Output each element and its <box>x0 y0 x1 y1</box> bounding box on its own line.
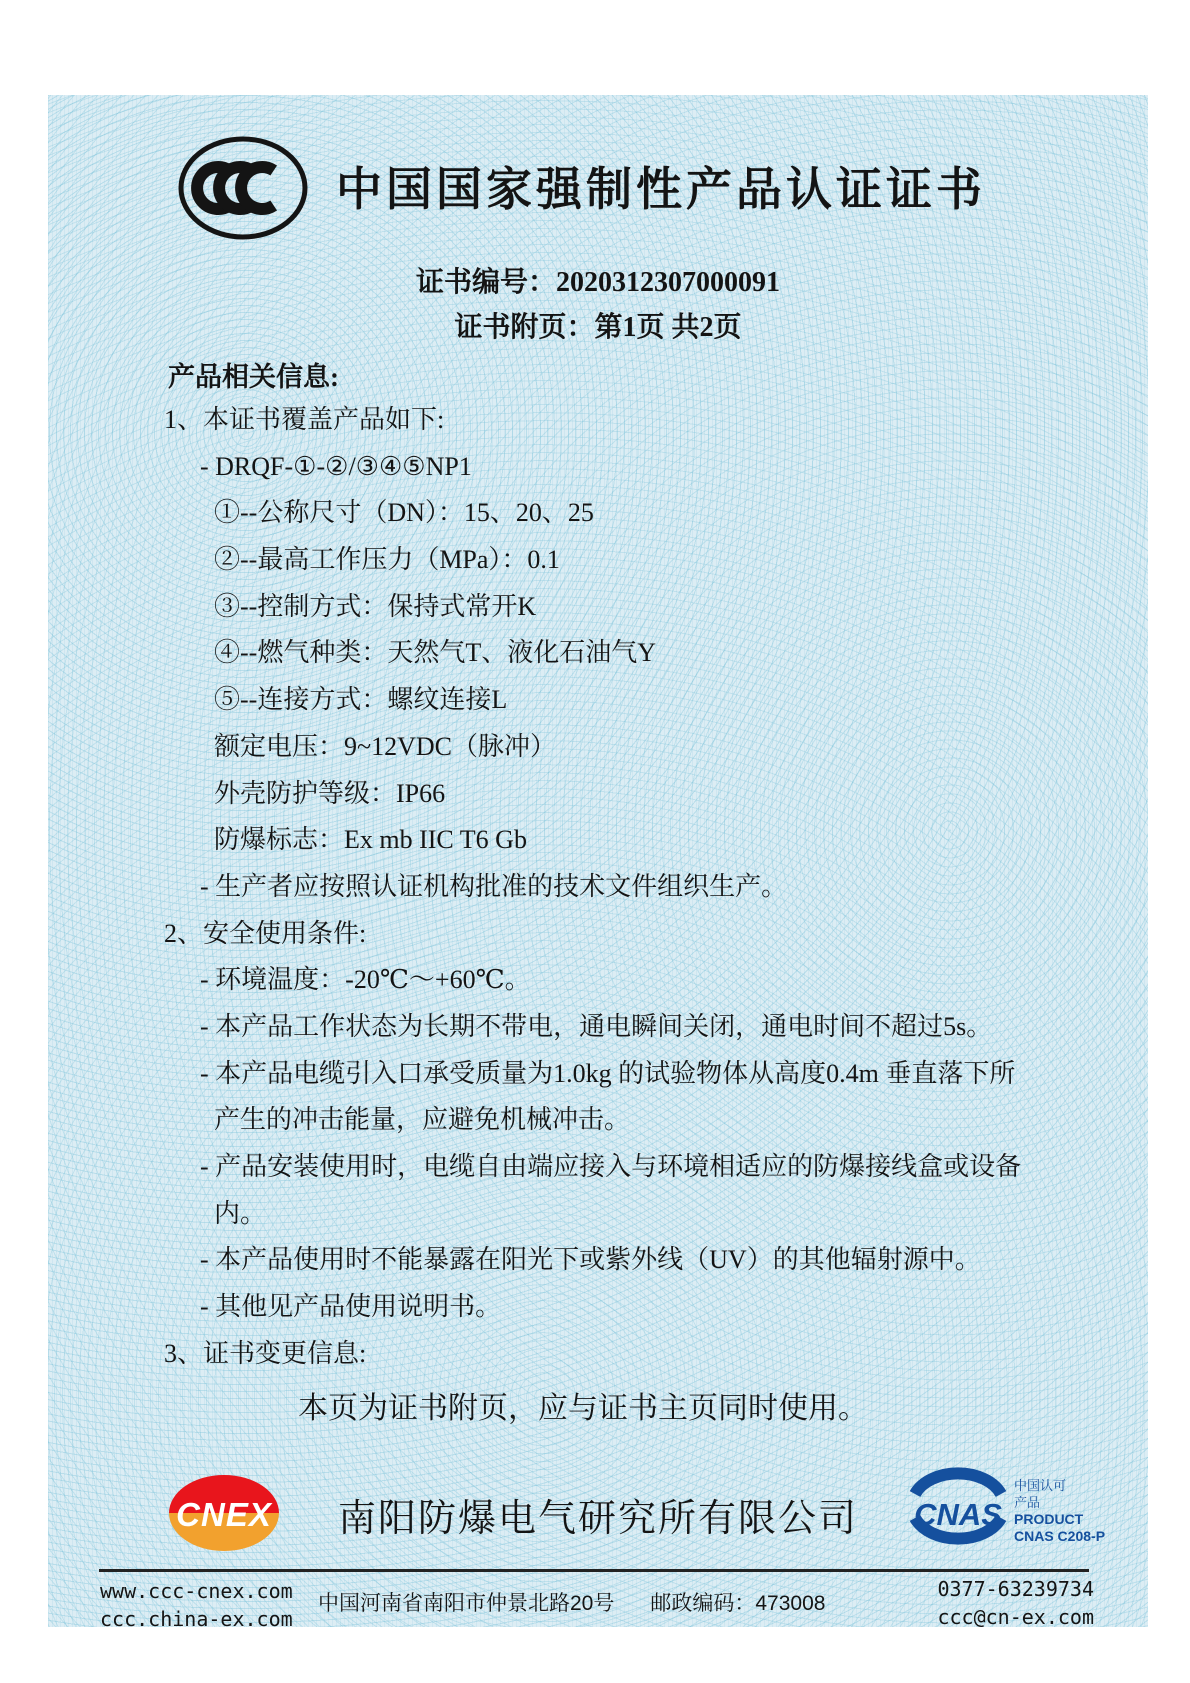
body-lines: 1、本证书覆盖产品如下:- DRQF-①-②/③④⑤NP1①--公称尺寸（DN）… <box>48 397 1148 1377</box>
body-line: - 产品安装使用时，电缆自由端应接入与环境相适应的防爆接线盒或设备 <box>48 1144 1148 1191</box>
ccc-logo-icon <box>176 135 310 241</box>
body-line: ⑤--连接方式：螺纹连接L <box>48 677 1148 724</box>
body-line: 内。 <box>48 1191 1148 1238</box>
certificate-title: 中国国家强制性产品认证证书 <box>336 153 1056 219</box>
footer-phone: 0377-63239734 <box>48 1575 1094 1603</box>
company-name: 南阳防爆电气研究所有限公司 <box>338 1487 858 1542</box>
svg-text:CNAS: CNAS <box>914 1497 1002 1532</box>
cnas-caption-line: 中国认可 <box>1014 1477 1105 1494</box>
body-line: - 其他见产品使用说明书。 <box>48 1284 1148 1331</box>
cnas-caption-line: CNAS C208-P <box>1014 1528 1105 1545</box>
body-line: 防爆标志：Ex mb IIC T6 Gb <box>48 817 1148 864</box>
body-line: - 本产品使用时不能暴露在阳光下或紫外线（UV）的其他辐射源中。 <box>48 1237 1148 1284</box>
certificate-body: 中国国家强制性产品认证证书 证书编号：2020312307000091 证书附页… <box>48 95 1148 1627</box>
cnas-logo-icon: CNAS <box>908 1467 1008 1545</box>
body-line: - 本产品电缆引入口承受质量为1.0kg 的试验物体从高度0.4m 垂直落下所 <box>48 1051 1148 1098</box>
closing-note: 本页为证书附页，应与证书主页同时使用。 <box>298 1383 868 1427</box>
attachment-page-indicator: 证书附页：第1页 共2页 <box>48 305 1148 345</box>
cnex-logo-icon: CNEX <box>164 1471 284 1555</box>
body-line: - 本产品工作状态为长期不带电，通电瞬间关闭，通电时间不超过5s。 <box>48 1004 1148 1051</box>
body-line: ④--燃气种类：天然气T、液化石油气Y <box>48 630 1148 677</box>
body-line: 2、安全使用条件: <box>48 911 1148 958</box>
section-title: 产品相关信息: <box>168 355 339 394</box>
footer-contacts: 0377-63239734 ccc@cn-ex.com <box>48 1575 1094 1631</box>
cnas-caption: 中国认可 产品 PRODUCT CNAS C208-P <box>1014 1477 1105 1545</box>
svg-text:CNEX: CNEX <box>176 1496 273 1533</box>
cnas-caption-line: PRODUCT <box>1014 1511 1105 1528</box>
certificate-number: 证书编号：2020312307000091 <box>48 260 1148 300</box>
certificate-page: 中国国家强制性产品认证证书 证书编号：2020312307000091 证书附页… <box>0 0 1190 1683</box>
body-line: - DRQF-①-②/③④⑤NP1 <box>48 444 1148 491</box>
body-line: ①--公称尺寸（DN）：15、20、25 <box>48 490 1148 537</box>
body-line: ②--最高工作压力（MPa）：0.1 <box>48 537 1148 584</box>
footer-email: ccc@cn-ex.com <box>48 1603 1094 1631</box>
body-line: 3、证书变更信息: <box>48 1331 1148 1378</box>
body-line: 额定电压：9~12VDC（脉冲） <box>48 724 1148 771</box>
body-line: 外壳防护等级：IP66 <box>48 771 1148 818</box>
cnas-caption-line: 产品 <box>1014 1494 1105 1511</box>
body-line: - 生产者应按照认证机构批准的技术文件组织生产。 <box>48 864 1148 911</box>
footer-divider <box>99 1569 1089 1572</box>
body-line: ③--控制方式：保持式常开K <box>48 584 1148 631</box>
body-line: - 环境温度：-20℃～+60℃。 <box>48 957 1148 1004</box>
body-line: 1、本证书覆盖产品如下: <box>48 397 1148 444</box>
body-line: 产生的冲击能量，应避免机械冲击。 <box>48 1097 1148 1144</box>
